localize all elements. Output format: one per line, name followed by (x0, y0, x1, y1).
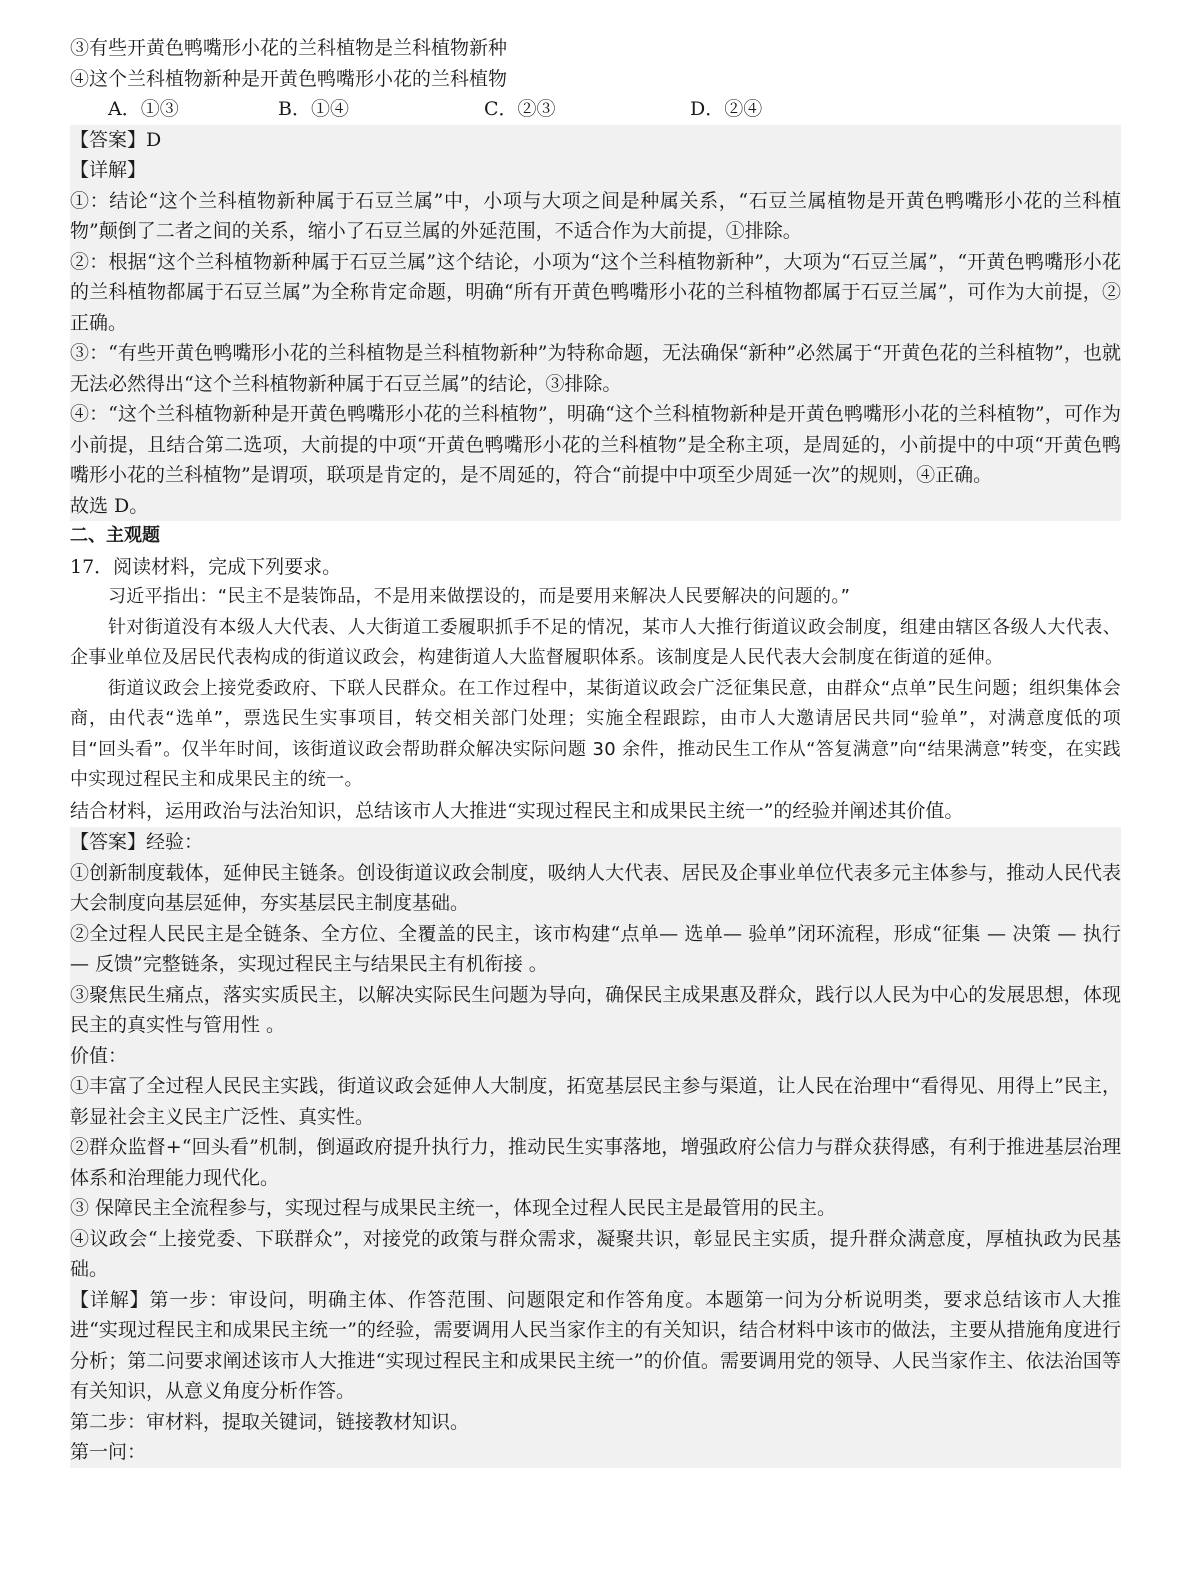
material-paragraph-2: 街道议政会上接党委政府、下联人民群众。在工作过程中，某街道议政会广泛征集民意，由… (70, 674, 1121, 796)
explanation-label: 【详解】 (70, 155, 1121, 186)
answer-options: A．①③ B．①④ C．②③ D．②④ (70, 94, 1121, 125)
explanation-item-3: ③：“有些开黄色鸭嘴形小花的兰科植物是兰科植物新种”为特称命题，无法确保“新种”… (70, 338, 1121, 399)
first-question-label: 第一问： (70, 1437, 1121, 1468)
step-2: 第二步：审材料，提取关键词，链接教材知识。 (70, 1407, 1121, 1438)
experience-item-1: ①创新制度载体，延伸民主链条。创设街道议政会制度，吸纳人大代表、居民及企事业单位… (70, 858, 1121, 919)
experience-item-3: ③聚焦民生痛点，落实实质民主，以解决实际民生问题为导向，确保民主成果惠及群众，践… (70, 980, 1121, 1041)
q17-question: 结合材料，运用政治与法治知识，总结该市人大推进“实现过程民主和成果民主统一”的经… (70, 796, 1121, 827)
option-b: B．①④ (278, 94, 484, 125)
q17-answer-box: 【答案】经验： ①创新制度载体，延伸民主链条。创设街道议政会制度，吸纳人大代表、… (70, 827, 1121, 1468)
q17-explanation: 【详解】第一步：审设问，明确主体、作答范围、问题限定和作答角度。本题第一问为分析… (70, 1285, 1121, 1407)
value-item-1: ①丰富了全过程人民民主实践，街道议政会延伸人大制度，拓宽基层民主参与渠道，让人民… (70, 1071, 1121, 1132)
explanation-item-1: ①：结论“这个兰科植物新种属于石豆兰属”中，小项与大项之间是种属关系，“石豆兰属… (70, 186, 1121, 247)
option-a: A．①③ (108, 94, 278, 125)
answer-label: 【答案】D (70, 125, 1121, 156)
statement-3: ③有些开黄色鸭嘴形小花的兰科植物是兰科植物新种 (70, 33, 1121, 64)
section-heading: 二、主观题 (70, 521, 1121, 552)
statement-4: ④这个兰科植物新种是开黄色鸭嘴形小花的兰科植物 (70, 64, 1121, 95)
document-page: ③有些开黄色鸭嘴形小花的兰科植物是兰科植物新种 ④这个兰科植物新种是开黄色鸭嘴形… (70, 33, 1121, 1468)
option-d: D．②④ (690, 94, 762, 125)
option-c: C．②③ (484, 94, 690, 125)
explanation-item-4: ④：“这个兰科植物新种是开黄色鸭嘴形小花的兰科植物”，明确“这个兰科植物新种是开… (70, 399, 1121, 491)
answer-experience-label: 【答案】经验： (70, 827, 1121, 858)
value-label: 价值： (70, 1041, 1121, 1072)
q16-answer-box: 【答案】D 【详解】 ①：结论“这个兰科植物新种属于石豆兰属”中，小项与大项之间… (70, 125, 1121, 522)
conclusion: 故选 D。 (70, 491, 1121, 522)
material-quote: 习近平指出：“民主不是装饰品，不是用来做摆设的，而是要用来解决人民要解决的问题的… (70, 582, 1121, 613)
material-paragraph-1: 针对街道没有本级人大代表、人大街道工委履职抓手不足的情况，某市人大推行街道议政会… (70, 613, 1121, 674)
value-item-4: ④议政会“上接党委、下联群众”，对接党的政策与群众需求，凝聚共识，彰显民主实质，… (70, 1224, 1121, 1285)
value-item-3: ③ 保障民主全流程参与，实现过程与成果民主统一，体现全过程人民民主是最管用的民主… (70, 1193, 1121, 1224)
value-item-2: ②群众监督+“回头看”机制，倒逼政府提升执行力，推动民生实事落地，增强政府公信力… (70, 1132, 1121, 1193)
explanation-item-2: ②：根据“这个兰科植物新种属于石豆兰属”这个结论，小项为“这个兰科植物新种”，大… (70, 247, 1121, 339)
experience-item-2: ②全过程人民民主是全链条、全方位、全覆盖的民主，该市构建“点单— 选单— 验单”… (70, 919, 1121, 980)
q17-prompt: 17．阅读材料，完成下列要求。 (70, 552, 1121, 583)
